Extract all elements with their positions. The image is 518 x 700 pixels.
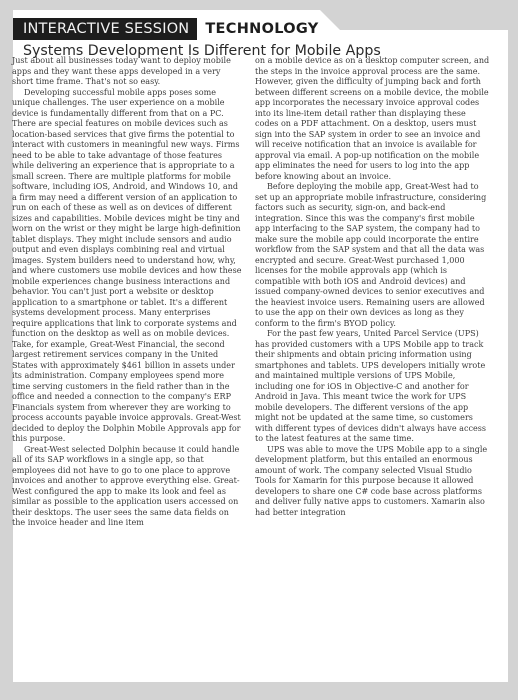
paragraph: Just about all businesses today want to … xyxy=(12,56,242,88)
article-left-column: Just about all businesses today want to … xyxy=(12,56,242,529)
paragraph: For the past few years, United Parcel Se… xyxy=(255,329,491,445)
session-header: INTERACTIVE SESSION TECHNOLOGY xyxy=(13,18,327,40)
paragraph: Before deploying the mobile app, Great-W… xyxy=(255,182,491,329)
paragraph: Great-West selected Dolphin because it c… xyxy=(12,445,242,529)
topic-label: TECHNOLOGY xyxy=(197,18,326,40)
section-label: INTERACTIVE SESSION xyxy=(13,18,197,40)
paragraph: on a mobile device as on a desktop compu… xyxy=(255,56,491,182)
paragraph: Developing successful mobile apps poses … xyxy=(12,88,242,445)
paragraph: UPS was able to move the UPS Mobile app … xyxy=(255,445,491,519)
article-right-column: on a mobile device as on a desktop compu… xyxy=(255,56,491,518)
